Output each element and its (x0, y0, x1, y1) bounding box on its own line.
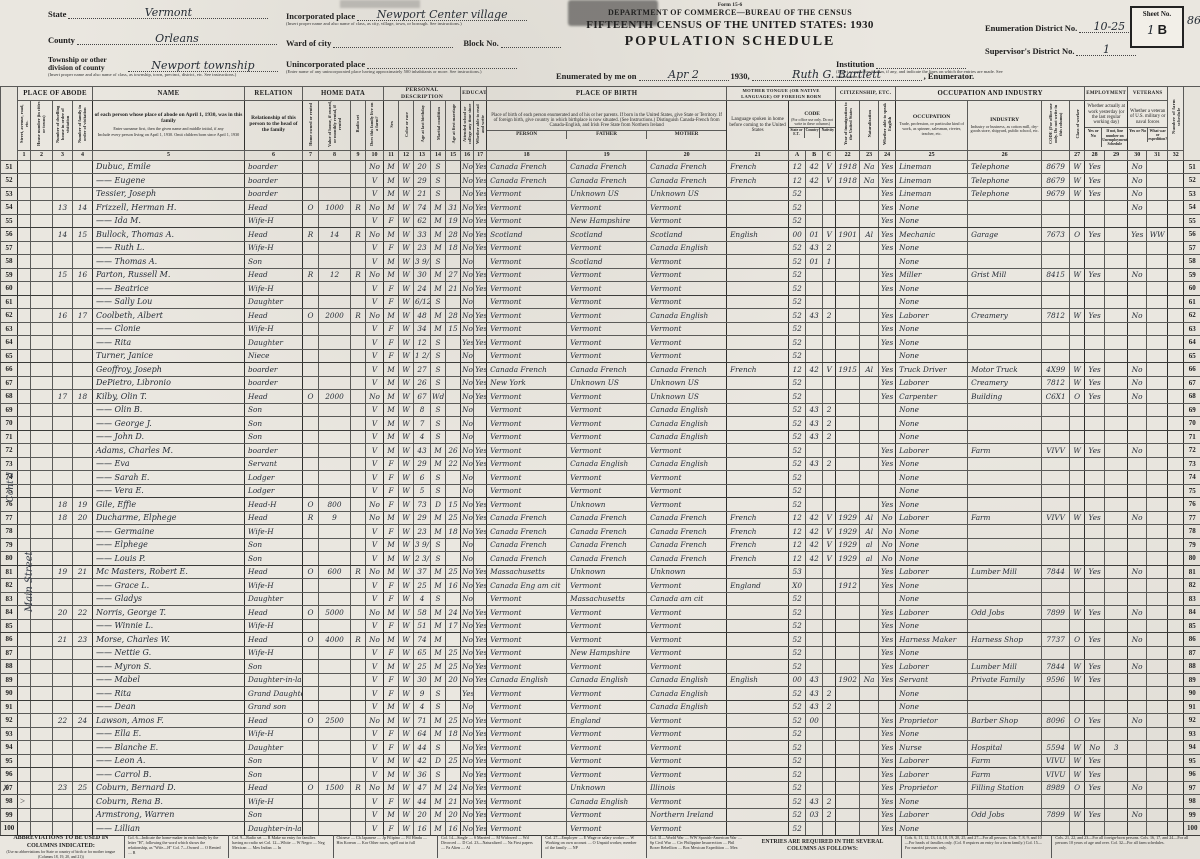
incorporated-label: Incorporated place (286, 11, 355, 21)
class-cell: W (1070, 268, 1085, 282)
occupation-cell: None (896, 592, 968, 606)
col-color-race: Color or race (399, 101, 414, 151)
sex-cell: F (384, 579, 399, 593)
naturalization-cell (860, 444, 879, 458)
farm-cell: No (366, 390, 384, 404)
read-write-cell: Yes (474, 268, 487, 282)
at-work-cell: Yes (1085, 444, 1105, 458)
enumeration-district-value: 10-25 (1093, 20, 1125, 33)
race-cell: W (399, 160, 414, 174)
family-cell (73, 700, 93, 714)
code-b-cell: 42 (806, 511, 823, 525)
industry-cell (968, 727, 1042, 741)
enumerated-line: Enumerated by me on Apr 2 1930, Ruth G. … (556, 70, 974, 81)
age-married-cell: 15 (446, 498, 461, 512)
relation-cell: Wife-H (245, 214, 303, 228)
family-cell: 19 (73, 498, 93, 512)
house-cell (31, 457, 53, 471)
table-row: 88—— Myron S.SonVMW25M25NoYesVermontVerm… (1, 660, 1200, 674)
code-b-cell (806, 390, 823, 404)
race-cell: W (399, 619, 414, 633)
mother-tongue-cell: French (727, 363, 789, 377)
sex-cell: M (384, 552, 399, 566)
pob-person-cell: Canada English (487, 673, 567, 687)
code-c-cell (823, 727, 836, 741)
name-cell: —— Germaine (93, 525, 245, 539)
code-a-cell: X0 (789, 579, 806, 593)
code-b-cell (806, 376, 823, 390)
line-number-left: 68 (1, 390, 18, 404)
mother-tongue-cell (727, 808, 789, 822)
relation-cell: Lodger (245, 471, 303, 485)
code-b-cell (806, 565, 823, 579)
dwelling-cell: 21 (53, 633, 73, 647)
group-employment: EMPLOYMENT (1085, 87, 1128, 101)
enumerated-date: Apr 2 (668, 68, 699, 81)
occupation-cell: None (896, 417, 968, 431)
occupation-cell: Laborer (896, 606, 968, 620)
code-a-cell: 12 (789, 160, 806, 174)
column-number: A (789, 150, 806, 160)
war-cell (1147, 660, 1168, 674)
unemployment-line-cell (1105, 457, 1128, 471)
industry-cell (968, 457, 1042, 471)
census-title: FIFTEENTH CENSUS OF THE UNITED STATES: 1… (560, 19, 900, 31)
school-cell: No (461, 390, 474, 404)
farm-schedule-cell (1168, 795, 1184, 809)
marital-cell: M (431, 214, 446, 228)
dwelling-cell (53, 430, 73, 444)
col-pob-mother: MOTHER (647, 131, 726, 139)
family-cell: 18 (73, 390, 93, 404)
col-pob-father: FATHER (567, 131, 647, 139)
pob-father-cell: Vermont (567, 471, 647, 485)
race-cell: W (399, 336, 414, 350)
age-married-cell: 20 (446, 808, 461, 822)
relation-cell: Grand son (245, 700, 303, 714)
farm-cell: V (366, 741, 384, 755)
naturalization-cell: Al (860, 525, 879, 539)
unemployment-line-cell (1105, 646, 1128, 660)
code-b-cell (806, 484, 823, 498)
pob-mother-cell: Canada French (647, 160, 727, 174)
line-number-right: 99 (1184, 808, 1200, 822)
english-cell: Yes (879, 646, 896, 660)
immigration-cell: 1901 (836, 228, 860, 242)
value-cell (319, 754, 351, 768)
at-work-cell: Yes (1085, 768, 1105, 782)
school-cell: No (461, 349, 474, 363)
war-cell (1147, 565, 1168, 579)
occ-code-cell (1042, 525, 1070, 539)
age-married-cell (446, 592, 461, 606)
family-cell (73, 174, 93, 188)
line-number-right: 79 (1184, 538, 1200, 552)
value-cell (319, 241, 351, 255)
race-cell: W (399, 565, 414, 579)
value-cell (319, 538, 351, 552)
occupation-cell: None (896, 322, 968, 336)
radio-cell (351, 160, 366, 174)
code-b-cell: 42 (806, 552, 823, 566)
occ-code-cell: 8415 (1042, 268, 1070, 282)
name-cell: —— Beatrice (93, 282, 245, 296)
pob-mother-cell: Vermont (647, 660, 727, 674)
age-cell: 34 (414, 322, 431, 336)
row-number-header-right (1184, 87, 1200, 161)
column-number: 3 (53, 150, 73, 160)
col-code-state: State or E.T. (789, 128, 805, 138)
radio-cell (351, 349, 366, 363)
occ-code-cell: 7844 (1042, 660, 1070, 674)
code-a-cell: 52 (789, 768, 806, 782)
school-cell: No (461, 471, 474, 485)
relation-cell: boarder (245, 187, 303, 201)
value-cell: 14 (319, 228, 351, 242)
farm-schedule-cell (1168, 187, 1184, 201)
code-c-cell (823, 349, 836, 363)
pob-father-cell: Canada French (567, 525, 647, 539)
table-row: 60—— BeatriceWife-HVFW24M21NoYesVermontV… (1, 282, 1200, 296)
family-cell (73, 687, 93, 701)
at-work-cell: Yes (1085, 390, 1105, 404)
war-cell (1147, 457, 1168, 471)
code-a-cell: 52 (789, 282, 806, 296)
col-veterans-desc: Whether a veteran of U.S. military or na… (1128, 101, 1168, 151)
name-cell: —— Elphege (93, 538, 245, 552)
age-married-cell (446, 295, 461, 309)
line-number-right: 54 (1184, 201, 1200, 215)
immigration-cell (836, 322, 860, 336)
sex-cell: M (384, 660, 399, 674)
pob-mother-cell: Vermont (647, 214, 727, 228)
line-number-left: 70 (1, 417, 18, 431)
pob-mother-cell: Unknown US (647, 187, 727, 201)
line-number-right: 77 (1184, 511, 1200, 525)
farm-cell: V (366, 403, 384, 417)
industry-cell: Lumber Mill (968, 660, 1042, 674)
schedule-title: POPULATION SCHEDULE (560, 34, 900, 50)
relation-cell: Son (245, 660, 303, 674)
code-a-cell: 52 (789, 349, 806, 363)
farm-schedule-cell (1168, 336, 1184, 350)
school-cell: No (461, 484, 474, 498)
pob-father-cell: Vermont (567, 727, 647, 741)
immigration-cell (836, 214, 860, 228)
naturalization-cell (860, 376, 879, 390)
family-cell (73, 160, 93, 174)
code-c-cell (823, 660, 836, 674)
pob-person-cell: Vermont (487, 484, 567, 498)
pob-mother-cell: Canada English (647, 457, 727, 471)
read-write-cell: Yes (474, 376, 487, 390)
table-row: 96—— Carrol B.SonVMW36SNoYesVermontVermo… (1, 768, 1200, 782)
code-a-cell: 52 (789, 660, 806, 674)
group-relation: RELATION (245, 87, 303, 101)
name-cell: —— Ruth L. (93, 241, 245, 255)
line-number-right: 81 (1184, 565, 1200, 579)
value-cell (319, 619, 351, 633)
code-a-cell: 52 (789, 754, 806, 768)
war-cell (1147, 538, 1168, 552)
war-cell (1147, 349, 1168, 363)
owned-cell (303, 214, 319, 228)
pob-person-cell: Vermont (487, 417, 567, 431)
immigration-cell (836, 336, 860, 350)
code-c-cell (823, 214, 836, 228)
code-c-cell: V (823, 538, 836, 552)
owned-cell (303, 660, 319, 674)
english-cell: Yes (879, 363, 896, 377)
table-row: 70—— George J.SonVMW7SNoVermontVermontCa… (1, 417, 1200, 431)
line-number-right: 65 (1184, 349, 1200, 363)
marital-cell: M (431, 565, 446, 579)
unemployment-line-cell (1105, 552, 1128, 566)
col-home-value: Value of home, if owned, or monthly rent… (319, 101, 351, 151)
column-number: 30 (1128, 150, 1147, 160)
dwelling-cell (53, 255, 73, 269)
line-number-left: 64 (1, 336, 18, 350)
name-cell: Coburn, Rena B. (93, 795, 245, 809)
war-cell (1147, 376, 1168, 390)
farm-cell: V (366, 795, 384, 809)
code-a-cell: 52 (789, 498, 806, 512)
mother-tongue-cell: English (727, 673, 789, 687)
english-cell: Yes (879, 336, 896, 350)
class-cell (1070, 403, 1085, 417)
name-cell: Turner, Janice (93, 349, 245, 363)
code-c-cell (823, 268, 836, 282)
veteran-cell: No (1128, 268, 1147, 282)
occ-code-cell (1042, 282, 1070, 296)
veteran-cell (1128, 336, 1147, 350)
pob-father-cell: Vermont (567, 309, 647, 323)
occ-code-cell (1042, 457, 1070, 471)
farm-schedule-cell (1168, 619, 1184, 633)
occ-code-cell (1042, 430, 1070, 444)
pob-person-cell: Vermont (487, 754, 567, 768)
farm-cell: V (366, 727, 384, 741)
abbrev-col: Chinese .... Ch Japanese .... Jp Filipin… (333, 835, 431, 858)
code-b-cell (806, 322, 823, 336)
relation-cell: Daughter (245, 741, 303, 755)
code-c-cell: V (823, 174, 836, 188)
read-write-cell (474, 471, 487, 485)
code-a-cell: 52 (789, 268, 806, 282)
war-cell: WW (1147, 228, 1168, 242)
value-cell: 4000 (319, 633, 351, 647)
industry-cell (968, 525, 1042, 539)
occupation-cell: None (896, 795, 968, 809)
table-row: 771820Ducharme, ElphegeHeadR9NoMW29M25No… (1, 511, 1200, 525)
farm-cell: V (366, 646, 384, 660)
dwelling-cell (53, 484, 73, 498)
mother-tongue-cell (727, 241, 789, 255)
war-cell (1147, 336, 1168, 350)
line-number-left: 79 (1, 538, 18, 552)
age-married-cell: 26 (446, 444, 461, 458)
line-number-left: 54 (1, 201, 18, 215)
school-cell: No (461, 376, 474, 390)
occ-code-cell: 5594 (1042, 741, 1070, 755)
radio-cell (351, 646, 366, 660)
owned-cell (303, 808, 319, 822)
race-cell: W (399, 511, 414, 525)
unemployment-line-cell (1105, 174, 1128, 188)
relation-cell: Son (245, 430, 303, 444)
sex-cell: F (384, 795, 399, 809)
race-cell: W (399, 376, 414, 390)
occupation-cell: Harness Maker (896, 633, 968, 647)
code-b-cell (806, 498, 823, 512)
age-married-cell: 31 (446, 201, 461, 215)
dwelling-cell (53, 444, 73, 458)
street-cell (18, 349, 31, 363)
occupation-cell: Laborer (896, 808, 968, 822)
dwelling-cell: 20 (53, 606, 73, 620)
name-cell: —— Myron S. (93, 660, 245, 674)
owned-cell (303, 160, 319, 174)
column-number: 1 (18, 150, 31, 160)
race-cell: W (399, 349, 414, 363)
code-c-cell (823, 768, 836, 782)
column-number: 19 (567, 150, 647, 160)
dwelling-cell (53, 363, 73, 377)
relation-cell: Son (245, 552, 303, 566)
farm-cell: V (366, 538, 384, 552)
age-married-cell (446, 160, 461, 174)
farm-cell: No (366, 201, 384, 215)
naturalization-cell (860, 565, 879, 579)
value-cell (319, 403, 351, 417)
english-cell: No (879, 552, 896, 566)
owned-cell: O (303, 781, 319, 795)
relation-cell: Head (245, 201, 303, 215)
name-cell: —— Blanche E. (93, 741, 245, 755)
radio-cell: R (351, 781, 366, 795)
age-cell: 64 (414, 727, 431, 741)
relation-cell: boarder (245, 444, 303, 458)
unemployment-line-cell (1105, 619, 1128, 633)
farm-schedule-cell (1168, 376, 1184, 390)
age-married-cell (446, 417, 461, 431)
pob-mother-cell: Vermont (647, 795, 727, 809)
occupation-cell: None (896, 484, 968, 498)
age-cell: 21 (414, 187, 431, 201)
line-number-left: 57 (1, 241, 18, 255)
street-cell (18, 241, 31, 255)
code-a-cell: 52 (789, 808, 806, 822)
english-cell: Yes (879, 781, 896, 795)
relation-cell: Son (245, 808, 303, 822)
family-cell (73, 187, 93, 201)
age-married-cell: 24 (446, 781, 461, 795)
unemployment-line-cell (1105, 376, 1128, 390)
group-occupation-industry: OCCUPATION AND INDUSTRY (896, 87, 1085, 101)
race-cell: W (399, 741, 414, 755)
farm-schedule-cell (1168, 633, 1184, 647)
table-row: 79—— ElphegeSonVMW3 9/12SNoCanada French… (1, 538, 1200, 552)
immigration-cell (836, 241, 860, 255)
occupation-cell: None (896, 700, 968, 714)
sex-cell: M (384, 606, 399, 620)
school-cell: No (461, 592, 474, 606)
sex-cell: F (384, 349, 399, 363)
class-cell: O (1070, 390, 1085, 404)
code-a-cell: 52 (789, 201, 806, 215)
class-cell: O (1070, 714, 1085, 728)
code-c-cell (823, 376, 836, 390)
line-number-left: 81 (1, 565, 18, 579)
name-cell: —— Ella E. (93, 727, 245, 741)
pob-father-cell: Vermont (567, 741, 647, 755)
war-cell (1147, 606, 1168, 620)
value-cell: 2000 (319, 390, 351, 404)
sex-cell: M (384, 390, 399, 404)
farm-cell: V (366, 255, 384, 269)
pob-mother-cell: Canada English (647, 417, 727, 431)
line-number-left: 73 (1, 457, 18, 471)
sex-cell: M (384, 228, 399, 242)
table-row: 53Tessier, JosephboarderVMW21SNoYesVermo… (1, 187, 1200, 201)
mother-tongue-cell (727, 498, 789, 512)
farm-schedule-cell (1168, 390, 1184, 404)
age-married-cell (446, 484, 461, 498)
occ-code-cell (1042, 579, 1070, 593)
industry-cell (968, 619, 1042, 633)
age-cell: 25 (414, 660, 431, 674)
code-b-cell (806, 592, 823, 606)
age-cell: 65 (414, 646, 431, 660)
farm-schedule-cell (1168, 525, 1184, 539)
radio-cell (351, 457, 366, 471)
relation-cell: Wife-H (245, 646, 303, 660)
pob-father-cell: Vermont (567, 633, 647, 647)
occupation-cell: None (896, 525, 968, 539)
at-work-cell (1085, 471, 1105, 485)
code-b-cell: 43 (806, 417, 823, 431)
line-number-left: 71 (1, 430, 18, 444)
col-code-country: Country (805, 128, 821, 138)
name-cell: —— Thomas A. (93, 255, 245, 269)
code-a-cell: 52 (789, 430, 806, 444)
table-row: 621617Coolbeth, AlbertHeadO2000RNoMW48M2… (1, 309, 1200, 323)
race-cell: W (399, 484, 414, 498)
line-number-left: 69 (1, 403, 18, 417)
immigration-cell (836, 376, 860, 390)
naturalization-cell (860, 295, 879, 309)
school-cell: No (461, 309, 474, 323)
race-cell: W (399, 538, 414, 552)
line-number-right: 56 (1184, 228, 1200, 242)
ward-field: Ward of city Block No. (286, 37, 561, 48)
code-a-cell: 52 (789, 376, 806, 390)
naturalization-cell (860, 484, 879, 498)
pob-father-cell: Vermont (567, 619, 647, 633)
age-cell: 74 (414, 201, 431, 215)
pob-mother-cell: Canada French (647, 174, 727, 188)
occ-code-cell (1042, 471, 1070, 485)
family-cell: 24 (73, 714, 93, 728)
age-cell: 36 (414, 768, 431, 782)
immigration-cell (836, 646, 860, 660)
read-write-cell: Yes (474, 619, 487, 633)
farm-cell: No (366, 309, 384, 323)
radio-cell (351, 336, 366, 350)
pob-mother-cell: Vermont (647, 349, 727, 363)
unincorporated-note: (Enter name of any unincorporated place … (286, 69, 546, 74)
enumeration-district-field: Enumeration District No. 10-25 (985, 22, 1139, 33)
